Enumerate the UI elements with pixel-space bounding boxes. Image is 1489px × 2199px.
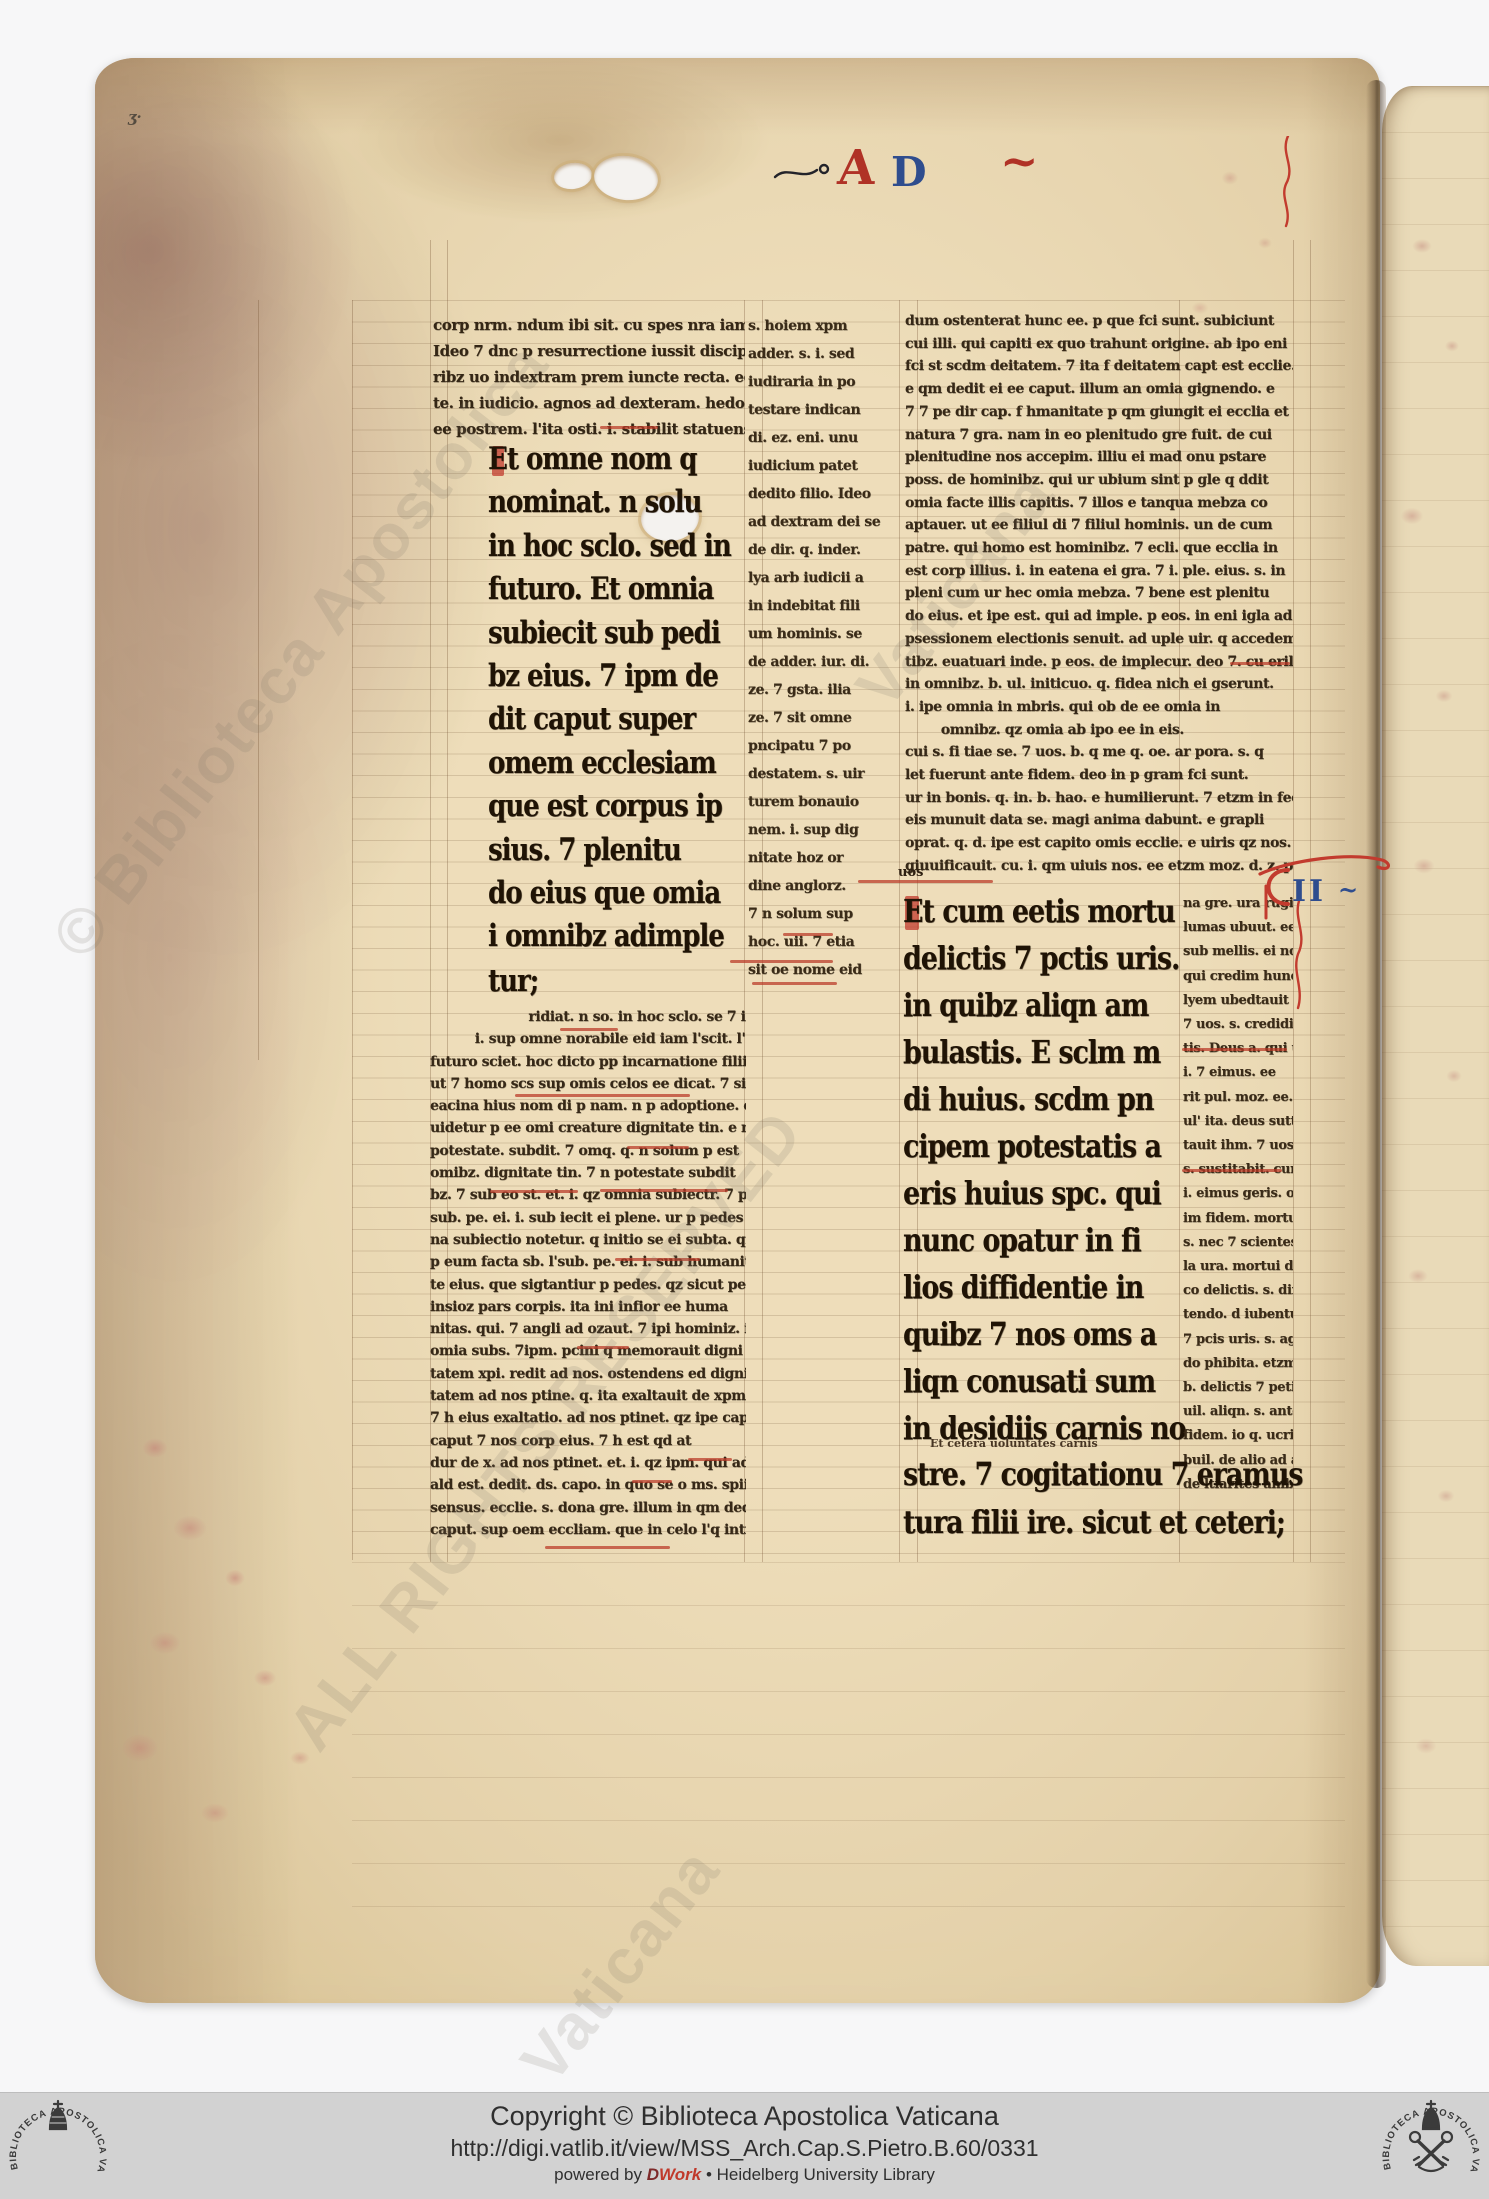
folio-letter-d: D xyxy=(891,152,927,193)
text-line: oprat. q. d. ipe est capito omis ecclie.… xyxy=(905,832,1293,855)
text-line: in hoc sclo. sed in xyxy=(488,525,757,568)
text-line: ul' ita. deus sutt xyxy=(1183,1110,1293,1134)
book-gutter xyxy=(1366,80,1386,1988)
interlinear-uos-note: uos xyxy=(898,866,923,880)
text-line: ald est. dedit. ds. capo. in quo se o ms… xyxy=(430,1474,746,1496)
text-line: fidem. io q. ucria xyxy=(1183,1424,1293,1448)
text-line: s. hoiem xpm xyxy=(748,312,903,340)
text-line: i. 7 eimus. ee xyxy=(1183,1061,1293,1085)
text-line: potestate. subdit. 7 omq. q. n solum p e… xyxy=(430,1140,746,1162)
rubric-underline xyxy=(545,1546,670,1549)
text-line: bz. 7 sub eo st. et. i. qz omnia subiect… xyxy=(430,1184,746,1206)
text-line: uidetur p ee omi creature dignitate tin.… xyxy=(430,1117,746,1139)
text-line: i omnibz adimple xyxy=(488,915,757,958)
text-line: nunc opatur in fi xyxy=(903,1217,1193,1264)
middle-gloss-column: s. hoiem xpmadder. s. i. sediudiraria in… xyxy=(748,312,903,984)
text-line: futuro. Et omnia xyxy=(488,568,757,611)
text-line: in omnibz. b. ul. initicuo. q. fidea nic… xyxy=(905,673,1293,696)
text-line: turem bonauio xyxy=(748,788,903,816)
right-margin-gloss: na gre. ura rugislumas ubuut. eesub mell… xyxy=(1183,892,1293,1497)
text-line: subiecit sub pedi xyxy=(488,612,757,655)
text-line: omia facte illis capitis. 7 illos e tanq… xyxy=(905,492,1293,515)
text-line: 7 uos. s. credidis xyxy=(1183,1013,1293,1037)
powered-by-prefix: powered by xyxy=(554,2165,647,2184)
text-line: dine anglorz. xyxy=(748,872,903,900)
text-line: nem. i. sup dig xyxy=(748,816,903,844)
text-line: 7 h eius exaltatio. ad nos ptinet. qz ip… xyxy=(430,1407,746,1429)
text-line: di huius. scdm pn xyxy=(903,1076,1193,1123)
svg-text:II: II xyxy=(1292,874,1326,909)
text-line: giuuificauit. cu. i. qm uiuis nos. ee et… xyxy=(905,855,1293,878)
text-line: est corp illius. i. in eatena ei gra. 7 … xyxy=(905,560,1293,583)
text-line: do eius. et ipe est. qui ad imple. p eos… xyxy=(905,605,1293,628)
rubric-underline xyxy=(688,1458,732,1461)
powered-by-line: powered by DWork • Heidelberg University… xyxy=(0,2163,1489,2187)
text-line: s. nec 7 scientes ma xyxy=(1183,1231,1293,1255)
powered-by-suffix: • Heidelberg University Library xyxy=(701,2165,935,2184)
text-line: i. ipe omnia in mbris. qui ob de ee omia… xyxy=(905,696,1293,719)
column-rule xyxy=(258,300,259,1060)
text-line: omem ecclesiam xyxy=(488,742,757,785)
text-line: stre. 7 cogitationu 7 eramus na xyxy=(903,1450,1306,1498)
text-line: plenitudine nos accepim. illiu ei mad on… xyxy=(905,446,1293,469)
right-column-lemma-text: Et cum eetis mortudelictis 7 pctis uris.… xyxy=(903,888,1193,1452)
text-line: Et cum eetis mortu xyxy=(903,888,1193,935)
text-line: cipem potestatis a xyxy=(903,1123,1193,1170)
text-line: dit caput super xyxy=(488,698,757,741)
text-line: do phibita. etzm xyxy=(1183,1352,1293,1376)
text-line: lyem ubedtauit xyxy=(1183,989,1293,1013)
rubric-underline xyxy=(515,1094,690,1097)
text-line: ur in bonis. q. in. b. hao. e humilierun… xyxy=(905,787,1293,810)
text-line: delictis 7 pctis uris. xyxy=(903,935,1193,982)
rubric-underline xyxy=(1182,1048,1287,1051)
text-line: do eius que omia xyxy=(488,872,757,915)
text-line: omia subs. 7ipm. pcini q memorauit digni xyxy=(430,1340,746,1362)
text-line: 7 pcis uris. s. age xyxy=(1183,1328,1293,1352)
left-column-lemma-end: tur; xyxy=(488,960,656,1003)
footer-text-block: Copyright © Biblioteca Apostolica Vatica… xyxy=(0,2093,1489,2187)
text-line: psessionem electionis senuit. ad uple ui… xyxy=(905,628,1293,651)
interlinear-note: Et cetera uoluntates carnis xyxy=(930,1438,1098,1450)
text-line: e qm dedit ei ee caput. illum an omia gi… xyxy=(905,378,1293,401)
text-line: Et omne nom q xyxy=(488,438,757,481)
rubric-underline xyxy=(615,1258,700,1261)
dwork-brand-d: D xyxy=(647,2165,659,2184)
text-line: p eum facta sb. l'sub. pe. ei. i. sub hu… xyxy=(430,1251,746,1273)
text-line: aptauer. ut ee filiul di 7 filiul homini… xyxy=(905,514,1293,537)
text-line: eis munuit data se. magi anima dabunt. e… xyxy=(905,809,1293,832)
text-line: patre. qui homo est hominibz. 7 ecli. qu… xyxy=(905,537,1293,560)
text-line: sub. pe. ei. i. sub iecit ei plene. ur p… xyxy=(430,1207,746,1229)
text-line: que est corpus ip xyxy=(488,785,757,828)
text-line: in quibz aliqn am xyxy=(903,982,1193,1029)
chapter-mark-II: II ~ xyxy=(1250,838,1400,920)
text-line: caput. sup oem eccliam. que in celo l'q … xyxy=(430,1519,746,1541)
text-line: im fidem. mortui xyxy=(1183,1207,1293,1231)
text-line: sius. 7 plenitu xyxy=(488,829,757,872)
margin-flourish-icon xyxy=(1278,136,1298,228)
text-line: tendo. d iubentur. xyxy=(1183,1303,1293,1327)
text-line: destatem. s. uir xyxy=(748,760,903,788)
text-line: iudicium patet xyxy=(748,452,903,480)
text-line: eacina hius nom di p nam. n p adoptione.… xyxy=(430,1095,746,1117)
text-line: iudiraria in po xyxy=(748,368,903,396)
text-line: co delictis. s. dimit xyxy=(1183,1279,1293,1303)
folio-corner-mark: ʒ· xyxy=(128,110,142,125)
text-line: tatem xpi. redit ad nos. ostendens ed di… xyxy=(430,1363,746,1385)
text-line: natura 7 gra. nam in eo plenitudo gre fu… xyxy=(905,424,1293,447)
text-line: pleni cum ur hec omia mebza. 7 bene est … xyxy=(905,582,1293,605)
text-line: caput 7 nos corp eius. 7 h est qd at xyxy=(430,1430,746,1452)
text-line: dedito filio. Ideo xyxy=(748,480,903,508)
text-line: cui illi. qui capiti ex quo trahunt orig… xyxy=(905,333,1293,356)
bottom-lemma-lines: stre. 7 cogitationu 7 eramus natura fili… xyxy=(903,1450,1306,1546)
text-line: let fuerunt ante fidem. deo in p gram fc… xyxy=(905,764,1293,787)
source-url: http://digi.vatlib.it/view/MSS_Arch.Cap.… xyxy=(0,2133,1489,2163)
text-line: sensus. ecclie. s. dona gre. illum in qm… xyxy=(430,1497,746,1519)
rubric-underline xyxy=(783,933,833,936)
rubric-underline xyxy=(600,426,658,429)
rubric-underline xyxy=(752,982,837,985)
text-line: corp nrm. ndum ibi sit. cu spes nra iam … xyxy=(433,312,745,338)
facing-page-edge xyxy=(1382,86,1489,1966)
rubric-underline xyxy=(490,1190,578,1193)
text-line: omnibz. qz omia ab ipo ee in eis. xyxy=(905,719,1293,742)
footer-bar: BIBLIOTECA APOSTOLICA VATICANA Copyright… xyxy=(0,2092,1489,2199)
rubric-underline xyxy=(560,1028,618,1031)
text-line: dum ostenterat hunc ee. p que fci sunt. … xyxy=(905,310,1293,333)
scan-photo: ʒ· A D ~ II ~ corp nrm. ndum ibi sit. cu… xyxy=(0,0,1489,2092)
rubric-underline xyxy=(1182,1169,1282,1172)
text-line: poss. de hominibz. qui ur ubium sint p g… xyxy=(905,469,1293,492)
vatican-library-logo-right: BIBLIOTECA APOSTOLICA VATICANA xyxy=(1379,2095,1483,2197)
text-line: tauit ihm. 7 uos. xyxy=(1183,1134,1293,1158)
text-line: eris huius spc. qui xyxy=(903,1170,1193,1217)
copyright-line: Copyright © Biblioteca Apostolica Vatica… xyxy=(0,2100,1489,2133)
text-line: te. in iudicio. agnos ad dexteram. hedos… xyxy=(433,390,745,416)
text-line: ze. 7 sit omne xyxy=(748,704,903,732)
left-column-lemma-text: Et omne nom qnominat. n soluin hoc sclo.… xyxy=(488,438,757,959)
text-line: qui credim hunc xyxy=(1183,965,1293,989)
text-line: la ura. mortui di xyxy=(1183,1255,1293,1279)
header-tilde-flourish: ~ xyxy=(1000,138,1039,184)
text-line: liqn conusati sum xyxy=(903,1358,1193,1405)
text-line: omibz. dignitate tin. 7 n potestate subd… xyxy=(430,1162,746,1184)
text-line: tatem ad nos ptine. q. ita exaltauit de … xyxy=(430,1385,746,1407)
text-line: de adder. iur. di. xyxy=(748,648,903,676)
text-line: bz eius. 7 ipm de xyxy=(488,655,757,698)
text-line: ribz uo indextram prem iuncte recta. equ… xyxy=(433,364,745,390)
text-line: tura filii ire. sicut et ceteri; xyxy=(903,1498,1306,1546)
text-line: nitate hoz or xyxy=(748,844,903,872)
rubric-underline xyxy=(730,960,833,963)
text-line: cui s. fi tiae se. 7 uos. b. q me q. oe.… xyxy=(905,741,1293,764)
text-line: 7 7 pe dir cap. f hmanitate p qm giungit… xyxy=(905,401,1293,424)
text-line: ut 7 homo scs sup omis celos ee dicat. 7… xyxy=(430,1073,746,1095)
folio-letter-a: A xyxy=(836,144,877,192)
text-line: ad dextram dei se xyxy=(748,508,903,536)
text-line: in indebitat fili xyxy=(748,592,903,620)
text-line: quibz 7 nos oms a xyxy=(903,1311,1193,1358)
text-line: nominat. n solu xyxy=(488,481,757,524)
text-line: ridiat. n so. in hoc sclo. se 7 in futo. xyxy=(430,1006,746,1028)
text-line: futuro sciet. hoc dicto pp incarnatione … xyxy=(430,1051,746,1073)
text-line: insioz pars corpis. ita ini infior ee hu… xyxy=(430,1296,746,1318)
text-line: nitas. qui. 7 angli ad ozaut. 7 ipi homi… xyxy=(430,1318,746,1340)
text-line: fci st scdm deitatem. 7 ita f deitatem c… xyxy=(905,355,1293,378)
text-line: Ideo 7 dnc p resurrectione iussit discip… xyxy=(433,338,745,364)
right-column-commentary: dum ostenterat hunc ee. p que fci sunt. … xyxy=(905,310,1293,878)
text-line: i. eimus geris. ol xyxy=(1183,1182,1293,1206)
dwork-brand-rest: Work xyxy=(659,2165,701,2184)
text-line: sub mellis. ei nol xyxy=(1183,940,1293,964)
rubric-underline xyxy=(858,880,993,883)
text-line: b. delictis 7 petia xyxy=(1183,1376,1293,1400)
header-flourish-icon xyxy=(773,160,833,184)
left-column-intro-gloss: corp nrm. ndum ibi sit. cu spes nra iam … xyxy=(433,312,745,442)
column-rule xyxy=(352,300,353,1560)
text-line: di. ez. eni. unu xyxy=(748,424,903,452)
text-line: testare indican xyxy=(748,396,903,424)
text-line: ze. 7 gsta. ilia xyxy=(748,676,903,704)
text-line: te eius. que sigtantiur p pedes. qz sicu… xyxy=(430,1274,746,1296)
text-line: pncipatu 7 po xyxy=(748,732,903,760)
text-line: rit pul. moz. ee. xyxy=(1183,1086,1293,1110)
text-line: i. sup omne norabile eid iam l'scit. l's xyxy=(430,1028,746,1050)
text-line: na subiectio notetur. q initio se ei sub… xyxy=(430,1229,746,1251)
text-line: lya arb iudicii a xyxy=(748,564,903,592)
text-line: adder. s. i. sed xyxy=(748,340,903,368)
text-line: de dir. q. inder. xyxy=(748,536,903,564)
text-line: tur; xyxy=(488,960,656,1003)
rubric-underline xyxy=(632,1480,672,1483)
rubric-underline xyxy=(577,1346,629,1349)
rubric-underline xyxy=(600,1189,728,1192)
text-line: dur de x. ad nos ptinet. et. i. qz ipm. … xyxy=(430,1452,746,1474)
text-line: um hominis. se xyxy=(748,620,903,648)
text-line: uil. aliqn. s. ante xyxy=(1183,1400,1293,1424)
svg-text:~: ~ xyxy=(1338,875,1358,904)
text-line: 7 n solum sup xyxy=(748,900,903,928)
rubric-underline xyxy=(627,1146,689,1149)
text-line: lios diffidentie in xyxy=(903,1264,1193,1311)
rubric-underline xyxy=(1230,662,1290,665)
text-line: bulastis. E sclm m xyxy=(903,1029,1193,1076)
